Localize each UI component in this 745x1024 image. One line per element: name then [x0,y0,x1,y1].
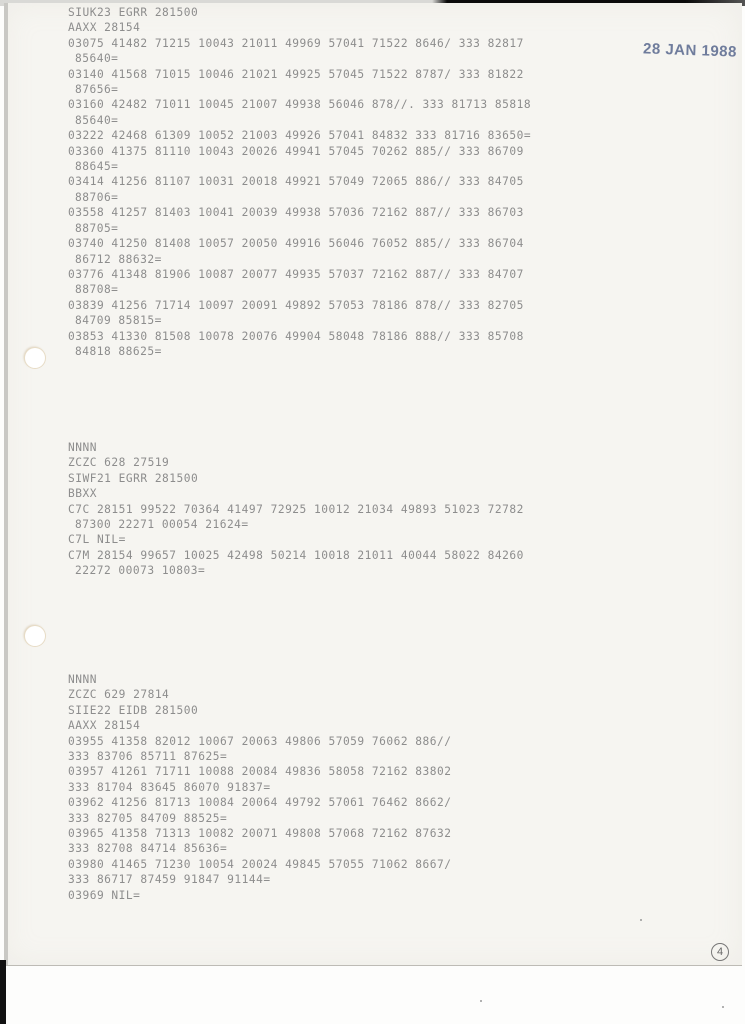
report-line: 333 82708 84714 85636= [68,841,451,856]
report-continuation-line: 84818 88625= [68,344,531,359]
report-line: 03962 41256 81713 10084 20064 49792 5706… [68,795,451,810]
report-continuation-line: 88706= [68,190,531,205]
report-line: 03980 41465 71230 10054 20024 49845 5705… [68,857,451,872]
scan-speck [480,1000,482,1002]
report-continuation-line: 88705= [68,221,531,236]
report-line: 333 81704 83645 86070 91837= [68,780,451,795]
report-line: 03414 41256 81107 10031 20018 49921 5704… [68,174,531,189]
report-line: 03955 41358 82012 10067 20063 49806 5705… [68,734,451,749]
paper-left-edge [4,3,8,965]
report-line: 03075 41482 71215 10043 21011 49969 5704… [68,36,531,51]
report-line: 03140 41568 71015 10046 21021 49925 5704… [68,67,531,82]
report-line: SIUK23 EGRR 281500 [68,5,531,20]
report-line: AAXX 28154 [68,718,451,733]
report-continuation-line: 88645= [68,159,531,174]
report-line: ZCZC 629 27814 [68,687,451,702]
report-continuation-line: 88708= [68,282,531,297]
report-line: C7M 28154 99657 10025 42498 50214 10018 … [68,548,524,563]
report-continuation-line: 86712 88632= [68,252,531,267]
report-line: 03853 41330 81508 10078 20076 49904 5804… [68,329,531,344]
report-continuation-line: 87656= [68,82,531,97]
report-continuation-line: 22272 00073 10803= [68,563,524,578]
report-line: SIIE22 EIDB 281500 [68,703,451,718]
report-line: 03776 41348 81906 10087 20077 49935 5703… [68,267,531,282]
report-continuation-line: 85640= [68,113,531,128]
punch-hole-upper [25,348,45,368]
report-line: 03965 41358 71313 10082 20071 49808 5706… [68,826,451,841]
report-line: 333 82705 84709 88525= [68,811,451,826]
report-line: 333 83706 85711 87625= [68,749,451,764]
report-line: 03360 41375 81110 10043 20026 49941 5704… [68,144,531,159]
report-line: NNNN [68,672,451,687]
date-stamp: 28 JAN 1988 [643,40,737,60]
bulletin-siwf21: NNNNZCZC 628 27519SIWF21 EGRR 281500BBXX… [68,440,524,579]
report-line: SIWF21 EGRR 281500 [68,471,524,486]
report-line: 03969 NIL= [68,888,451,903]
report-line: C7C 28151 99522 70364 41497 72925 10012 … [68,502,524,517]
scan-speck [722,1006,724,1008]
report-continuation-line: 87300 22271 00054 21624= [68,517,524,532]
page-number-circled: 4 [711,943,729,961]
report-line: 03160 42482 71011 10045 21007 49938 5604… [68,97,531,112]
report-line: 03558 41257 81403 10041 20039 49938 5703… [68,205,531,220]
report-continuation-line: 85640= [68,51,531,66]
scan-speck [640,919,642,921]
report-line: AAXX 28154 [68,20,531,35]
report-continuation-line: 84709 85815= [68,313,531,328]
report-line: 03222 42468 61309 10052 21003 49926 5704… [68,128,531,143]
report-line: 03839 41256 71714 10097 20091 49892 5705… [68,298,531,313]
report-line: 03740 41250 81408 10057 20050 49916 5604… [68,236,531,251]
report-line: 333 86717 87459 91847 91144= [68,872,451,887]
report-line: NNNN [68,440,524,455]
report-line: BBXX [68,486,524,501]
bulletin-siie22: NNNNZCZC 629 27814SIIE22 EIDB 281500AAXX… [68,672,451,903]
report-line: C7L NIL= [68,532,524,547]
report-line: 03957 41261 71711 10088 20084 49836 5805… [68,764,451,779]
bulletin-siuk23: SIUK23 EGRR 281500AAXX 2815403075 41482 … [68,5,531,359]
scan-left-edge [0,960,6,1024]
punch-hole-lower [25,626,45,646]
report-line: ZCZC 628 27519 [68,455,524,470]
